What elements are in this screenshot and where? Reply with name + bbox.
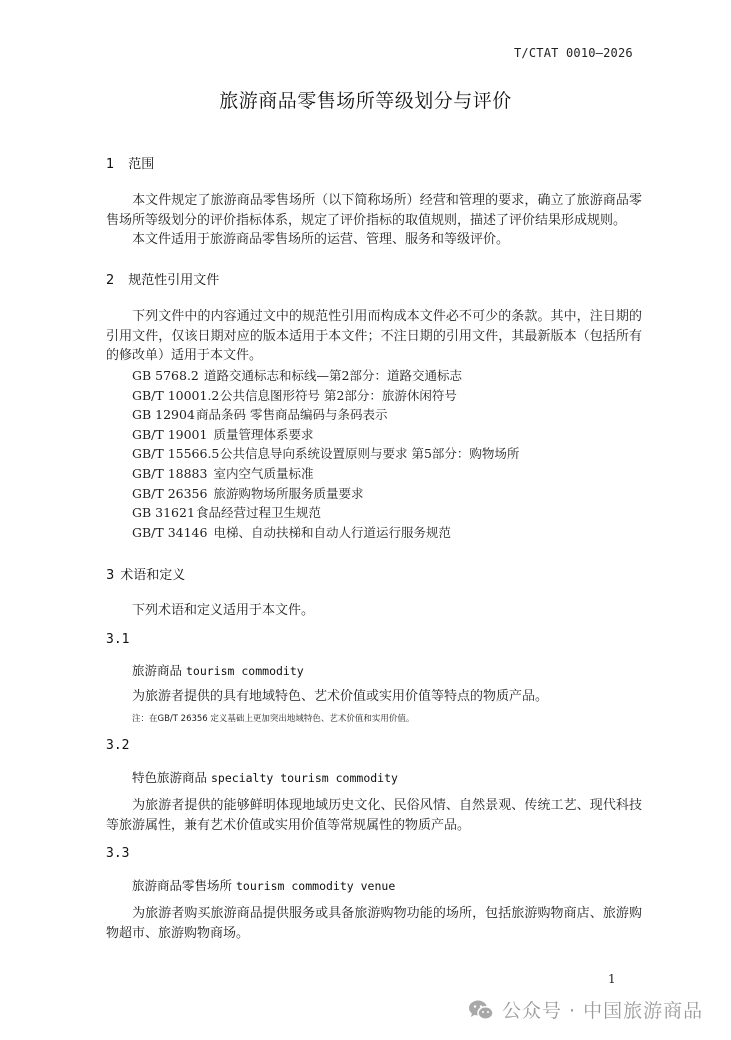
section-2-heading: 2规范性引用文件 bbox=[106, 269, 219, 288]
wechat-icon bbox=[468, 999, 494, 1021]
document-code: T/CTAT 0010—2026 bbox=[514, 46, 633, 60]
normative-references-list: GB 5768.2道路交通标志和标线—第2部分：道路交通标志 GB/T 1000… bbox=[132, 366, 519, 542]
term-number: 3.1 bbox=[106, 632, 129, 647]
reference-item: GB/T 34146电梯、自动扶梯和自动人行道运行服务规范 bbox=[132, 523, 519, 543]
term-name-zh: 特色旅游商品 bbox=[132, 770, 207, 785]
section-3-heading: 3术语和定义 bbox=[106, 564, 185, 583]
term-name: 特色旅游商品 specialty tourism commodity bbox=[132, 768, 398, 786]
term-note: 注：在GB/T 26356 定义基础上更加突出地域特色、艺术价值和实用价值。 bbox=[132, 712, 414, 724]
reference-item: GB/T 15566.5公共信息导向系统设置原则与要求 第5部分：购物场所 bbox=[132, 444, 519, 464]
term-number: 3.3 bbox=[106, 846, 129, 861]
section-title: 规范性引用文件 bbox=[128, 273, 219, 288]
reference-item: GB 12904商品条码 零售商品编码与条码表示 bbox=[132, 405, 519, 425]
section-title: 术语和定义 bbox=[120, 568, 185, 583]
document-title: 旅游商品零售场所等级划分与评价 bbox=[0, 86, 731, 113]
term-name-en: tourism commodity venue bbox=[236, 879, 395, 893]
reference-item: GB/T 10001.2公共信息图形符号 第2部分：旅游休闲符号 bbox=[132, 386, 519, 406]
section-number: 2 bbox=[106, 273, 114, 288]
term-name-zh: 旅游商品零售场所 bbox=[132, 878, 232, 893]
term-name: 旅游商品 tourism commodity bbox=[132, 661, 304, 679]
references-intro-paragraph: 下列文件中的内容通过文中的规范性引用而构成本文件必不可少的条款。其中，注日期的引… bbox=[106, 307, 642, 366]
term-number: 3.2 bbox=[106, 738, 129, 753]
section-number: 1 bbox=[106, 157, 114, 172]
section-1-heading: 1范围 bbox=[106, 153, 154, 172]
section-number: 3 bbox=[106, 568, 114, 583]
term-name-en: specialty tourism commodity bbox=[211, 771, 398, 785]
terms-intro-paragraph: 下列术语和定义适用于本文件。 bbox=[106, 601, 642, 621]
term-definition: 为旅游者购买旅游商品提供服务或具备旅游购物功能的场所，包括旅游购物商店、旅游购物… bbox=[106, 904, 642, 943]
term-name-en: tourism commodity bbox=[186, 664, 304, 678]
term-name: 旅游商品零售场所 tourism commodity venue bbox=[132, 876, 395, 894]
reference-item: GB 5768.2道路交通标志和标线—第2部分：道路交通标志 bbox=[132, 366, 519, 386]
reference-item: GB/T 18883室内空气质量标准 bbox=[132, 464, 519, 484]
reference-item: GB/T 19001质量管理体系要求 bbox=[132, 425, 519, 445]
term-definition: 为旅游者提供的能够鲜明体现地域历史文化、民俗风情、自然景观、传统工艺、现代科技等… bbox=[106, 796, 642, 835]
reference-item: GB/T 26356旅游购物场所服务质量要求 bbox=[132, 484, 519, 504]
scope-paragraph-1: 本文件规定了旅游商品零售场所（以下简称场所）经营和管理的要求，确立了旅游商品零售… bbox=[106, 191, 642, 230]
scope-paragraph-2: 本文件适用于旅游商品零售场所的运营、管理、服务和等级评价。 bbox=[106, 230, 642, 250]
term-name-zh: 旅游商品 bbox=[132, 663, 182, 678]
section-title: 范围 bbox=[128, 157, 154, 172]
reference-item: GB 31621食品经营过程卫生规范 bbox=[132, 503, 519, 523]
page-number: 1 bbox=[608, 972, 616, 986]
watermark-text: 公众号 · 中国旅游商品 bbox=[502, 996, 703, 1023]
term-definition: 为旅游者提供的具有地域特色、艺术价值或实用价值等特点的物质产品。 bbox=[132, 687, 642, 707]
watermark: 公众号 · 中国旅游商品 bbox=[468, 996, 703, 1023]
